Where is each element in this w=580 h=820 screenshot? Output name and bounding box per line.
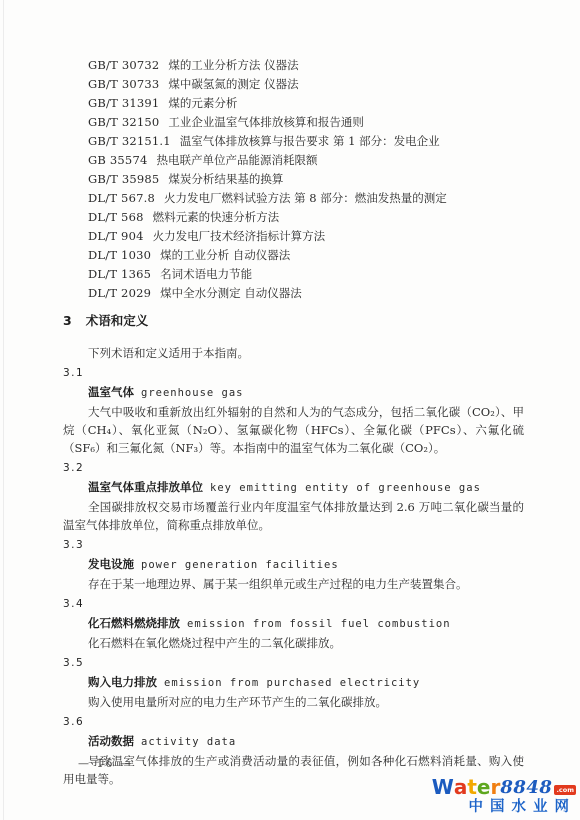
standard-title: 火力发电厂技术经济指标计算方法 <box>153 229 326 243</box>
term-name-en: key emitting entity of greenhouse gas <box>210 482 481 494</box>
standard-title: 热电联产单位产品能源消耗限额 <box>156 153 317 167</box>
term-name-zh: 温室气体重点排放单位 <box>88 480 203 494</box>
term-id: 3.5 <box>63 655 524 672</box>
standard-item: GB 35574热电联产单位产品能源消耗限额 <box>88 151 524 170</box>
standard-item: DL/T 2029煤中全水分测定 自动仪器法 <box>88 284 524 303</box>
term-name-en: greenhouse gas <box>141 387 244 399</box>
term-definition: 全国碳排放权交易市场覆盖行业内年度温室气体排放量达到 2.6 万吨二氧化碳当量的… <box>63 498 524 534</box>
document-content: GB/T 30732煤的工业分析方法 仪器法 GB/T 30733煤中碳氢氮的测… <box>63 56 524 788</box>
term-id: 3.3 <box>63 537 524 554</box>
watermark-domain-badge: .com <box>554 785 576 795</box>
term-name-zh: 温室气体 <box>88 385 134 399</box>
standard-item: DL/T 1365名词术语电力节能 <box>88 265 524 284</box>
term-id: 3.4 <box>63 596 524 613</box>
term-name: 发电设施power generation facilities <box>63 554 524 574</box>
term-name: 活动数据activity data <box>63 731 524 751</box>
term-definition: 大气中吸收和重新放出红外辐射的自然和人为的气态成分，包括二氧化碳（CO₂）、甲烷… <box>63 403 524 457</box>
term-block-3-5: 3.5 购入电力排放emission from purchased electr… <box>63 655 524 711</box>
standard-code: DL/T 567.8 <box>88 191 155 205</box>
standard-code: DL/T 2029 <box>88 286 151 300</box>
standard-code: DL/T 904 <box>88 229 144 243</box>
document-page: GB/T 30732煤的工业分析方法 仪器法 GB/T 30733煤中碳氢氮的测… <box>0 0 580 820</box>
standard-code: DL/T 568 <box>88 210 144 224</box>
term-name-en: power generation facilities <box>141 559 339 571</box>
term-block-3-3: 3.3 发电设施power generation facilities 存在于某… <box>63 537 524 593</box>
standard-title: 名词术语电力节能 <box>160 267 252 281</box>
term-name: 温室气体greenhouse gas <box>63 382 524 402</box>
term-block-3-1: 3.1 温室气体greenhouse gas 大气中吸收和重新放出红外辐射的自然… <box>63 365 524 457</box>
term-name-zh: 发电设施 <box>88 557 134 571</box>
term-id: 3.2 <box>63 460 524 477</box>
standard-item: GB/T 30732煤的工业分析方法 仪器法 <box>88 56 524 75</box>
standard-code: GB/T 32151.1 <box>88 134 171 148</box>
standard-item: GB/T 30733煤中碳氢氮的测定 仪器法 <box>88 75 524 94</box>
watermark-logo: W a t e r 8848 .com 中国水业网 <box>432 777 576 815</box>
standard-code: GB/T 31391 <box>88 96 159 110</box>
term-name-en: emission from purchased electricity <box>164 677 420 689</box>
watermark-letter: r <box>490 777 500 797</box>
standard-code: DL/T 1365 <box>88 267 151 281</box>
standard-code: GB 35574 <box>88 153 147 167</box>
standard-item: GB/T 32151.1温室气体排放核算与报告要求 第 1 部分：发电企业 <box>88 132 524 151</box>
term-name-zh: 活动数据 <box>88 734 134 748</box>
term-definition: 购入使用电量所对应的电力生产环节产生的二氧化碳排放。 <box>63 693 524 711</box>
standard-title: 煤中碳氢氮的测定 仪器法 <box>168 77 298 91</box>
term-definition: 化石燃料在氧化燃烧过程中产生的二氧化碳排放。 <box>63 634 524 652</box>
term-definition: 存在于某一地理边界、属于某一组织单元或生产过程的电力生产装置集合。 <box>63 575 524 593</box>
section-title: 术语和定义 <box>86 313 149 328</box>
standard-title: 煤的工业分析方法 仪器法 <box>168 58 298 72</box>
watermark-letter: a <box>454 777 468 797</box>
section-number: 3 <box>63 313 72 328</box>
scan-edge-line <box>3 0 4 820</box>
term-id: 3.1 <box>63 365 524 382</box>
standard-item: DL/T 1030煤的工业分析 自动仪器法 <box>88 246 524 265</box>
standard-item: DL/T 904火力发电厂技术经济指标计算方法 <box>88 227 524 246</box>
standard-item: DL/T 568燃料元素的快速分析方法 <box>88 208 524 227</box>
term-name-en: emission from fossil fuel combustion <box>187 618 451 630</box>
standard-title: 煤的元素分析 <box>168 96 237 110</box>
term-name: 化石燃料燃烧排放emission from fossil fuel combus… <box>63 613 524 633</box>
standard-code: GB/T 30732 <box>88 58 159 72</box>
standard-item: GB/T 31391煤的元素分析 <box>88 94 524 113</box>
standard-code: GB/T 32150 <box>88 115 159 129</box>
term-name: 温室气体重点排放单位key emitting entity of greenho… <box>63 477 524 497</box>
section-heading: 3术语和定义 <box>63 311 524 329</box>
standard-item: GB/T 32150工业企业温室气体排放核算和报告通则 <box>88 113 524 132</box>
term-name-en: activity data <box>141 736 236 748</box>
term-name-zh: 购入电力排放 <box>88 675 157 689</box>
term-block-3-2: 3.2 温室气体重点排放单位key emitting entity of gre… <box>63 460 524 534</box>
standard-title: 煤中全水分测定 自动仪器法 <box>160 286 302 300</box>
standard-title: 温室气体排放核算与报告要求 第 1 部分：发电企业 <box>180 134 440 148</box>
standard-title: 火力发电厂燃料试验方法 第 8 部分：燃油发热量的测定 <box>164 191 447 205</box>
standard-code: DL/T 1030 <box>88 248 151 262</box>
watermark-letter: t <box>467 777 477 797</box>
standard-title: 工业企业温室气体排放核算和报告通则 <box>168 115 364 129</box>
watermark-digits: 8848 <box>500 778 552 797</box>
watermark-chinese-name: 中国水业网 <box>432 800 576 815</box>
term-block-3-4: 3.4 化石燃料燃烧排放emission from fossil fuel co… <box>63 596 524 652</box>
standard-title: 煤的工业分析 自动仪器法 <box>160 248 290 262</box>
standard-code: GB/T 30733 <box>88 77 159 91</box>
term-name: 购入电力排放emission from purchased electricit… <box>63 672 524 692</box>
page-footer: — 16 — <box>78 757 133 770</box>
standard-code: GB/T 35985 <box>88 172 159 186</box>
standard-item: DL/T 567.8火力发电厂燃料试验方法 第 8 部分：燃油发热量的测定 <box>88 189 524 208</box>
section-intro: 下列术语和定义适用于本指南。 <box>63 344 524 362</box>
watermark-letter: e <box>477 777 491 797</box>
term-name-zh: 化石燃料燃烧排放 <box>88 616 180 630</box>
watermark-letter: W <box>432 777 454 797</box>
referenced-standards-list: GB/T 30732煤的工业分析方法 仪器法 GB/T 30733煤中碳氢氮的测… <box>63 56 524 303</box>
standard-title: 煤炭分析结果基的换算 <box>168 172 283 186</box>
page-number: — 16 — <box>78 757 133 770</box>
standard-item: GB/T 35985煤炭分析结果基的换算 <box>88 170 524 189</box>
standard-title: 燃料元素的快速分析方法 <box>153 210 280 224</box>
watermark-brand-row: W a t e r 8848 .com <box>432 777 576 797</box>
term-id: 3.6 <box>63 714 524 731</box>
